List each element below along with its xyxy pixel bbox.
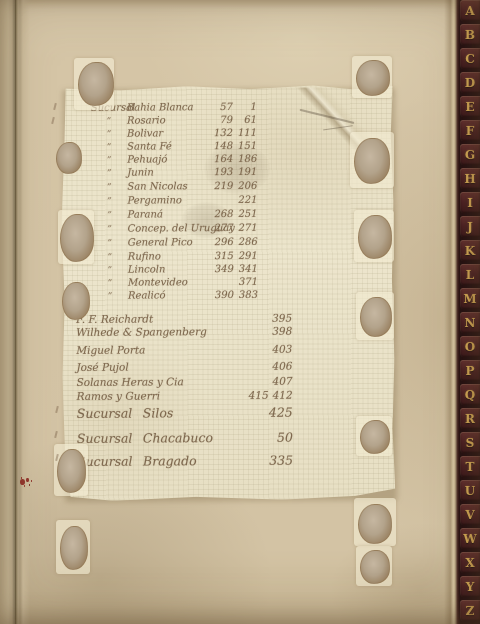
entry-new-folio: 412	[269, 390, 293, 402]
spine-crease-line	[15, 0, 16, 624]
entry-new-folio: 383	[234, 290, 258, 301]
entry-old-folio: 219	[199, 181, 233, 192]
glue-stain	[360, 550, 390, 584]
thumb-tab-letter: W	[463, 533, 476, 545]
entry-name: Solanas Heras y Cia	[77, 376, 235, 389]
entry-new-folio: 191	[233, 167, 257, 178]
thumb-tab-L: L	[460, 264, 480, 285]
entry-new-folio: 398	[268, 326, 292, 338]
thumb-tab-letter: G	[465, 149, 475, 161]
entry-name: Rufino	[128, 251, 200, 262]
entry-prefix: ”	[92, 292, 128, 302]
thumb-tab-letter: D	[465, 77, 475, 89]
entry-prefix: ”	[91, 183, 127, 193]
entry-new-folio: 221	[233, 195, 257, 206]
thumb-tab-letter: E	[465, 101, 474, 113]
ledger-row: SucursalChacabuco50	[63, 429, 395, 449]
page-gutter-shadow	[444, 0, 460, 624]
entry-old-folio: 193	[199, 167, 233, 178]
entry-new-folio: 206	[233, 181, 257, 192]
page-top-edge	[0, 0, 460, 9]
ledger-row: SucursalBragado335	[63, 452, 395, 472]
entry-new-folio: 271	[234, 223, 258, 234]
glue-stain	[358, 215, 392, 259]
entry-name: Pergamino	[127, 195, 199, 206]
thumb-tab-letter: X	[465, 557, 474, 569]
entry-name: Wilhede & Spangenberg	[76, 326, 234, 339]
thumb-tab-letter: I	[467, 197, 473, 209]
entry-new-folio: 286	[234, 237, 258, 248]
thumb-tab-P: P	[460, 360, 480, 381]
entry-new-folio: 291	[234, 251, 258, 262]
entry-new-folio: 251	[233, 209, 257, 220]
entry-old-folio: 148	[199, 141, 233, 152]
thumb-tab-E: E	[460, 96, 480, 117]
glue-stain	[78, 62, 114, 106]
glue-stain	[62, 282, 90, 320]
entry-name: Montevideo	[128, 277, 200, 288]
thumb-tab-Q: Q	[460, 384, 480, 405]
red-ink-mark	[20, 479, 25, 485]
thumb-tab-K: K	[460, 240, 480, 261]
thumb-tab-letter: J	[467, 221, 473, 233]
thumb-tab-letter: M	[463, 293, 476, 305]
thumb-tab-letter: N	[465, 317, 476, 329]
entry-new-folio: 186	[233, 154, 257, 165]
entry-prefix: ”	[91, 143, 127, 153]
entry-new-folio: 425	[269, 405, 293, 420]
thumb-tab-letter: Y	[466, 581, 475, 593]
entry-name: José Pujol	[76, 361, 234, 374]
thumb-tab-R: R	[460, 408, 480, 429]
thumb-index: ABCDEFGHIJKLMNOPQRSTUVWXYZ	[460, 0, 480, 624]
entry-new-folio: 151	[233, 141, 257, 152]
entry-new-folio: 61	[233, 115, 257, 126]
entry-prefix: ”	[91, 156, 127, 166]
entry-old-folio: 132	[199, 128, 233, 139]
entry-new-folio: 395	[268, 313, 292, 325]
thumb-tab-letter: V	[465, 509, 474, 521]
thumb-tab-M: M	[460, 288, 480, 309]
entry-new-folio: 111	[233, 128, 257, 139]
thumb-tab-letter: R	[465, 413, 475, 425]
glue-stain	[60, 214, 94, 262]
entry-new-folio: 341	[234, 264, 258, 275]
entry-new-folio: 335	[269, 453, 293, 468]
entry-prefix: Sucursal	[77, 406, 143, 421]
entry-prefix: ”	[91, 211, 127, 221]
thumb-tab-letter: O	[465, 341, 475, 353]
entry-name: Realicó	[128, 290, 200, 301]
entry-old-folio: 390	[200, 290, 234, 301]
glue-stain	[358, 504, 392, 544]
entry-name: Bahia Blanca	[127, 102, 199, 113]
thumb-tab-O: O	[460, 336, 480, 357]
entry-prefix: ”	[91, 130, 127, 140]
entry-name: F. F. Reichardt	[76, 313, 234, 326]
thumb-tab-J: J	[460, 216, 480, 237]
glue-stain	[356, 60, 390, 96]
thumb-tab-letter: A	[465, 5, 474, 17]
thumb-tab-V: V	[460, 504, 480, 525]
thumb-tab-letter: L	[466, 269, 474, 281]
entry-name: Rosario	[127, 115, 199, 126]
thumb-tab-T: T	[460, 456, 480, 477]
thumb-tab-A: A	[460, 0, 480, 21]
entry-name: Concep. del Uruguay	[128, 223, 200, 234]
ledger-row: Wilhede & Spangenberg398	[62, 325, 394, 342]
thumb-tab-H: H	[460, 168, 480, 189]
handwritten-entries: SucursalBahia Blanca571”Rosario7961”Boli…	[61, 85, 396, 501]
thumb-tab-letter: C	[465, 53, 475, 65]
entry-new-folio: 403	[268, 344, 292, 356]
entry-new-folio: 50	[269, 430, 293, 445]
entry-prefix: ”	[92, 225, 128, 235]
thumb-tab-letter: Z	[466, 605, 475, 617]
thumb-tab-I: I	[460, 192, 480, 213]
entry-prefix: ”	[92, 253, 128, 263]
thumb-tab-letter: T	[466, 461, 475, 473]
glue-stain	[60, 526, 88, 570]
entry-name: Ramos y Guerri	[77, 390, 235, 403]
thumb-tab-letter: K	[465, 245, 475, 257]
entry-name: General Pico	[128, 237, 200, 248]
entry-name: Santa Fé	[127, 141, 199, 152]
entry-old-folio: 315	[200, 251, 234, 262]
glue-stain	[57, 449, 86, 493]
entry-name: Miguel Porta	[76, 344, 234, 357]
entry-old-folio: 349	[200, 264, 234, 275]
entry-name: Lincoln	[128, 264, 200, 275]
thumb-tab-letter: H	[464, 173, 475, 185]
entry-prefix: ”	[91, 169, 127, 179]
entry-old-folio: 268	[199, 209, 233, 220]
entry-prefix: ”	[91, 117, 127, 127]
entry-new-folio: 1	[233, 102, 257, 113]
entry-name: Silos	[143, 405, 235, 421]
entry-old-folio: 415	[235, 390, 269, 402]
entry-prefix: ”	[91, 197, 127, 207]
scanned-ledger-page: SucursalBahia Blanca571”Rosario7961”Boli…	[0, 0, 480, 624]
thumb-tab-letter: U	[465, 485, 475, 497]
entry-name: San Nicolas	[127, 181, 199, 192]
entry-name: Paraná	[127, 209, 199, 220]
thumb-tab-letter: F	[466, 125, 475, 137]
thumb-tab-letter: P	[465, 365, 474, 377]
ledger-row: SucursalSilos425	[63, 404, 395, 424]
thumb-tab-letter: S	[466, 437, 475, 449]
thumb-tab-D: D	[460, 72, 480, 93]
entry-old-folio: 57	[199, 102, 233, 113]
thumb-tab-G: G	[460, 144, 480, 165]
thumb-tab-letter: Q	[465, 389, 475, 401]
glue-stain	[360, 297, 392, 337]
entry-prefix: ”	[92, 279, 128, 289]
entry-new-folio: 406	[268, 361, 292, 373]
entry-old-folio: 296	[200, 237, 234, 248]
entry-new-folio: 407	[269, 376, 293, 388]
entry-old-folio: 79	[199, 115, 233, 126]
entry-name: Bragado	[143, 453, 235, 469]
glue-stain	[354, 138, 390, 184]
entry-new-folio: 371	[234, 277, 258, 288]
entry-old-folio: 277	[200, 223, 234, 234]
thumb-tab-F: F	[460, 120, 480, 141]
entry-prefix: ”	[92, 266, 128, 276]
glue-stain	[360, 420, 390, 454]
thumb-tab-B: B	[460, 24, 480, 45]
entry-name: Junin	[127, 167, 199, 178]
thumb-tab-S: S	[460, 432, 480, 453]
thumb-tab-W: W	[460, 528, 480, 549]
thumb-tab-Y: Y	[460, 576, 480, 597]
ledger-row: Miguel Porta403	[62, 343, 394, 360]
entry-name: Pehuajó	[127, 154, 199, 165]
thumb-tab-Z: Z	[460, 600, 480, 621]
thumb-tab-C: C	[460, 48, 480, 69]
thumb-tab-N: N	[460, 312, 480, 333]
entry-name: Bolivar	[127, 128, 199, 139]
entry-old-folio: 164	[199, 154, 233, 165]
thumb-tab-U: U	[460, 480, 480, 501]
ledger-row: ”Realicó390383	[62, 289, 394, 306]
thumb-tab-letter: B	[465, 29, 475, 41]
entry-name: Chacabuco	[143, 430, 235, 446]
index-paper: SucursalBahia Blanca571”Rosario7961”Boli…	[61, 85, 396, 501]
glue-stain	[56, 142, 82, 174]
thumb-tab-X: X	[460, 552, 480, 573]
entry-prefix: ”	[92, 239, 128, 249]
